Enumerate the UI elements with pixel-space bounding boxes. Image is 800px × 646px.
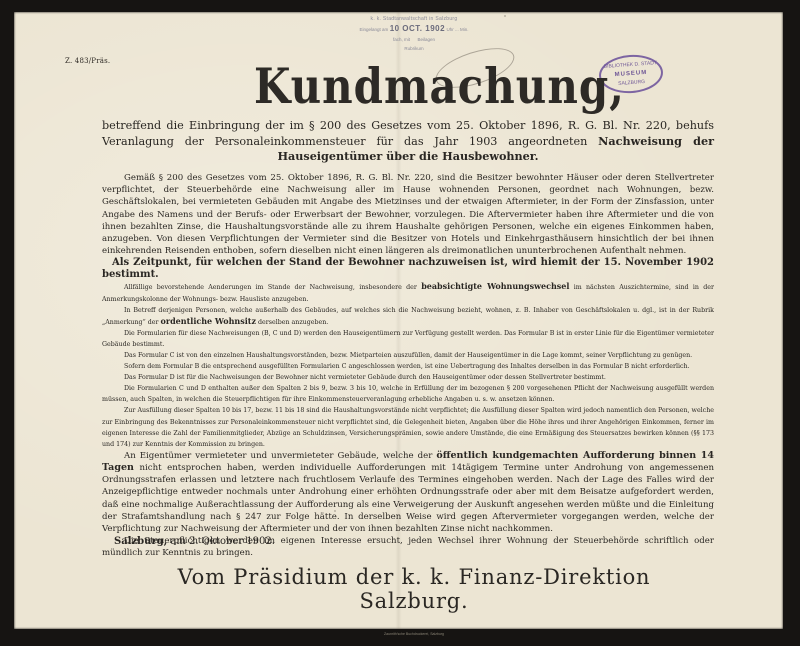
paragraph-deadline: Als Zeitpunkt, für welchen der Stand der…	[102, 257, 714, 281]
document-title: Kundmachung,	[254, 58, 574, 114]
receipt-stamp-attachments: fach, mit Beilagen	[334, 35, 494, 44]
paragraph-penalties-text-c: nicht entsprochen haben, werden individu…	[102, 463, 714, 534]
paragraph-external-text-c: derselben anzugeben.	[256, 319, 328, 326]
receipt-stamp-received: Eingelangt am	[360, 27, 389, 32]
paragraph-changes: Allfällige bevorstehende Aenderungen im …	[102, 281, 714, 304]
place-and-date: Salzburg, am 2. Oktober 1902.	[114, 536, 275, 547]
printer-imprint: Zaunrith'sche Buchdruckerei, Salzburg	[384, 632, 444, 636]
receipt-stamp-office: k. k. Stadtanwaltschaft in Salzburg	[334, 15, 494, 24]
paragraph-changes-bold: beabsichtigte Wohnungswechsel	[421, 281, 569, 291]
receipt-stamp-beilagen: Beilagen	[418, 37, 436, 42]
document-subtitle: betreffend die Einbringung der im § 200 …	[102, 118, 714, 165]
paragraph-penalties-text-a: An Eigentümer vermieteter und unvermiete…	[124, 451, 436, 461]
receipt-stamp-hour: Uhr ... Min.	[446, 27, 468, 32]
paragraph-form-b: Sofern dem Formular B die entsprechend a…	[102, 361, 714, 372]
issuing-authority-signature: Vom Präsidium der k. k. Finanz-Direktion…	[134, 565, 694, 613]
paragraph-columns: Die Formularien C und D enthalten außer …	[102, 383, 714, 405]
paragraph-form-c: Das Formular C ist von den einzelnen Hau…	[102, 350, 714, 361]
paragraph-legal-basis: Gemäß § 200 des Gesetzes vom 25. Oktober…	[102, 172, 714, 257]
document-body: Gemäß § 200 des Gesetzes vom 25. Oktober…	[102, 172, 714, 560]
receipt-stamp-date: 10 OCT. 1902	[390, 24, 445, 33]
paragraph-form-d: Das Formular D ist für die Nachweisungen…	[102, 372, 714, 383]
paragraph-forms: Die Formularien für diese Nachweisungen …	[102, 328, 714, 350]
reference-number: Z. 483/Präs.	[65, 57, 110, 65]
receipt-stamp: k. k. Stadtanwaltschaft in Salzburg Eing…	[334, 15, 494, 55]
paper-speck	[334, 510, 336, 512]
document-page: Z. 483/Präs. k. k. Stadtanwaltschaft in …	[14, 12, 783, 629]
paragraph-external-bold: ordentliche Wohnsitz	[161, 316, 256, 326]
paragraph-changes-text-a: Allfällige bevorstehende Aenderungen im …	[124, 284, 421, 291]
place: Salzburg,	[114, 536, 167, 547]
receipt-stamp-date-line: Eingelangt am 10 OCT. 1902 Uhr ... Min.	[334, 24, 494, 35]
paragraph-external-residents: In Betreff derjenigen Personen, welche a…	[102, 305, 714, 328]
paragraph-optional-columns: Zur Ausfüllung dieser Spalten 10 bis 17,…	[102, 405, 714, 449]
paper-speck	[504, 15, 506, 17]
date: am 2. Oktober 1902.	[167, 536, 275, 547]
receipt-stamp-fach: fach, mit	[393, 37, 410, 42]
paragraph-penalties: An Eigentümer vermieteter und unvermiete…	[102, 450, 714, 535]
